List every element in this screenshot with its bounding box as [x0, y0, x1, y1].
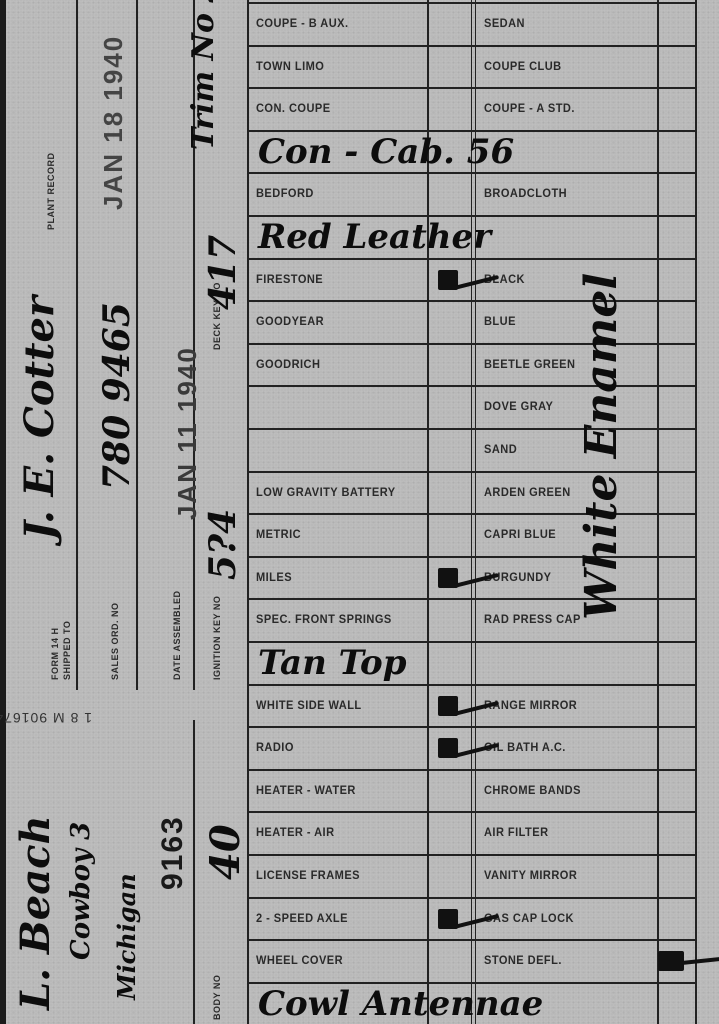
paint-handwriting: White Enamel [576, 273, 627, 620]
option-label-left: CON. COUPE [256, 101, 331, 115]
option-label-right: BEETLE GREEN [484, 357, 575, 371]
grid-line-h [247, 769, 697, 771]
option-label-right: ARDEN GREEN [484, 485, 571, 499]
grid-line-h [247, 258, 697, 260]
option-label-left: BEDFORD [256, 186, 314, 200]
option-label-left: WHITE SIDE WALL [256, 698, 362, 712]
option-label-right: CHROME BANDS [484, 783, 581, 797]
handwritten-entry: Red Leather [258, 217, 491, 257]
option-label-right: DOVE GRAY [484, 399, 553, 413]
grid-line-v [657, 0, 659, 1024]
date-assembled-stamp: JAN 11 1940 [172, 346, 203, 520]
grid-line-h [247, 428, 697, 430]
option-label-right: COUPE - A STD. [484, 101, 575, 115]
check-tail-icon [682, 957, 719, 965]
plant-record-label: PLANT RECORD [46, 153, 56, 231]
option-label-left: GOODYEAR [256, 314, 324, 328]
grid-line-h [247, 45, 697, 47]
option-label-right: BROADCLOTH [484, 186, 567, 200]
grid-line-h [247, 87, 697, 89]
option-label-left: GOODRICH [256, 357, 320, 371]
grid-line-h [247, 811, 697, 813]
handwritten-entry: Tan Top [258, 643, 406, 683]
grid-line-h [247, 726, 697, 728]
grid-line-h [247, 513, 697, 515]
grid-line-h [247, 939, 697, 941]
grid-line-h [247, 300, 697, 302]
option-label-left: 2 - SPEED AXLE [256, 911, 348, 925]
option-label-right: STONE DEFL. [484, 953, 562, 967]
option-label-left: SPEC. FRONT SPRINGS [256, 612, 392, 626]
option-label-right: SEDAN [484, 16, 525, 30]
dealer-line2-handwriting: Cowboy 3 [66, 822, 96, 960]
option-label-right: RAD PRESS CAP [484, 612, 581, 626]
body-number-stamp: 9163 [156, 815, 190, 890]
grid-line-h [247, 2, 697, 4]
handwritten-entry: Con - Cab. 56 [258, 132, 514, 172]
option-label-left: HEATER - WATER [256, 783, 356, 797]
option-label-right: COUPE CLUB [484, 59, 562, 73]
body-no-label: BODY NO [212, 975, 222, 1020]
shipped-to-handwriting: J. E. Cotter [16, 296, 63, 540]
form-number-label: FORM 14 H [50, 627, 60, 680]
option-label-left: METRIC [256, 527, 301, 541]
sales-ord-label: SALES ORD. NO [110, 602, 120, 680]
ignition-key-label: IGNITION KEY NO [212, 596, 222, 680]
option-label-left: COUPE - B AUX. [256, 16, 349, 30]
deck-key-handwriting: 417 [202, 235, 244, 310]
grid-line-h [247, 343, 697, 345]
option-label-left: HEATER - AIR [256, 825, 335, 839]
option-label-left: FIRESTONE [256, 272, 323, 286]
trim-number-handwriting: Trim No 230 [186, 0, 221, 150]
grid-line-h [247, 684, 697, 686]
option-label-left: LOW GRAVITY BATTERY [256, 485, 396, 499]
grid-line-h [247, 854, 697, 856]
option-label-right: SAND [484, 442, 517, 456]
grid-line-h [247, 897, 697, 899]
grid-line-h [247, 172, 697, 174]
date-received-stamp: JAN 18 1940 [98, 35, 129, 210]
shipped-to-label: SHIPPED TO [62, 621, 72, 680]
grid-line-v [193, 720, 195, 1024]
date-assembled-label: DATE ASSEMBLED [172, 590, 182, 680]
option-label-left: TOWN LIMO [256, 59, 324, 73]
sales-order-handwriting: 780 9465 [96, 302, 138, 490]
record-card: COUPE - B AUX.SEDANTOWN LIMOCOUPE CLUBCO… [6, 0, 719, 1024]
body-no-handwriting: 40 [202, 824, 249, 880]
grid-line-h [247, 598, 697, 600]
grid-line-h [247, 471, 697, 473]
option-label-left: RADIO [256, 740, 294, 754]
option-label-left: LICENSE FRAMES [256, 868, 360, 882]
ignition-key-handwriting: 5?4 [202, 509, 244, 580]
dealer-handwriting: L. Beach [12, 815, 59, 1010]
dealer-line3-handwriting: Michigan [112, 873, 141, 1000]
serial-print: 1 8 M 901674 [0, 710, 92, 726]
checkbox-mark-right[interactable] [658, 951, 684, 971]
grid-line-v [695, 0, 697, 1024]
option-label-right: CAPRI BLUE [484, 527, 556, 541]
option-label-right: VANITY MIRROR [484, 868, 577, 882]
grid-line-h [247, 556, 697, 558]
option-label-right: AIR FILTER [484, 825, 549, 839]
option-label-right: BLUE [484, 314, 516, 328]
grid-line-h [247, 385, 697, 387]
handwritten-entry: Cowl Antennae [258, 984, 543, 1024]
grid-line-v [76, 0, 78, 690]
option-label-left: WHEEL COVER [256, 953, 343, 967]
option-label-left: MILES [256, 570, 292, 584]
